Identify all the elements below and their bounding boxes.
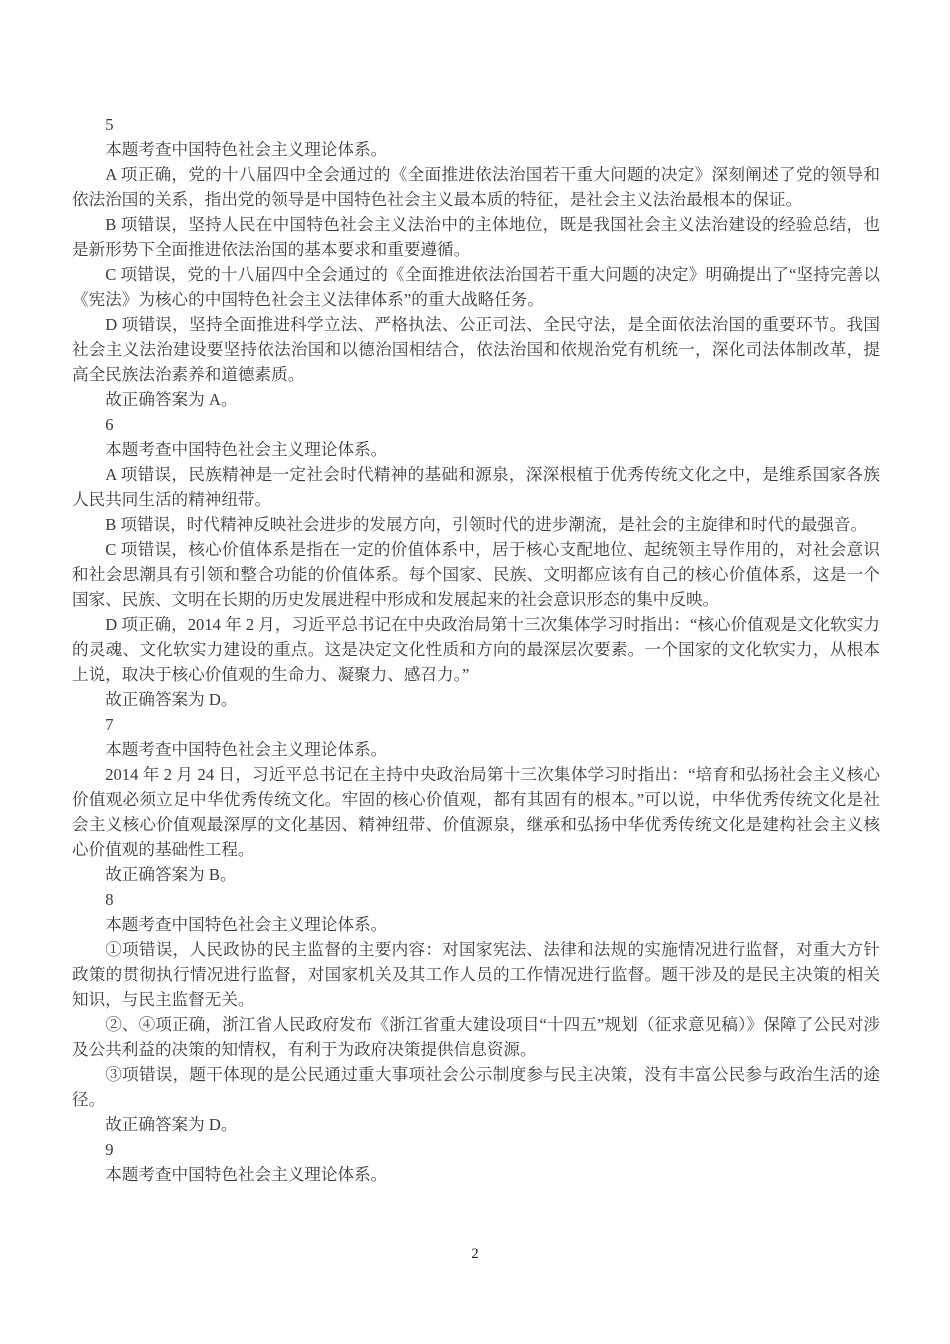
document-page: 5 本题考查中国特色社会主义理论体系。 A 项正确，党的十八届四中全会通过的《全… xyxy=(0,0,950,1344)
answer-explanation-text: 5 本题考查中国特色社会主义理论体系。 A 项正确，党的十八届四中全会通过的《全… xyxy=(72,112,880,1187)
answer-line: 故正确答案为 B。 xyxy=(72,862,880,887)
option-analysis-d: D 项正确，2014 年 2 月，习近平总书记在中央政治局第十三次集体学习时指出… xyxy=(72,612,880,687)
question-intro: 本题考查中国特色社会主义理论体系。 xyxy=(72,137,880,162)
option-analysis-b: B 项错误，时代精神反映社会进步的发展方向，引领时代的进步潮流，是社会的主旋律和… xyxy=(72,512,880,537)
option-analysis-3: ③项错误，题干体现的是公民通过重大事项社会公示制度参与民主决策，没有丰富公民参与… xyxy=(72,1062,880,1112)
option-analysis-a: A 项正确，党的十八届四中全会通过的《全面推进依法治国若干重大问题的决定》深刻阐… xyxy=(72,162,880,212)
question-number: 5 xyxy=(72,112,880,137)
question-number: 7 xyxy=(72,712,880,737)
answer-line: 故正确答案为 A。 xyxy=(72,387,880,412)
explanation-paragraph: 2014 年 2 月 24 日，习近平总书记在主持中央政治局第十三次集体学习时指… xyxy=(72,762,880,862)
page-footer: 2 xyxy=(0,1245,950,1263)
option-analysis-a: A 项错误，民族精神是一定社会时代精神的基础和源泉，深深根植于优秀传统文化之中，… xyxy=(72,462,880,512)
question-intro: 本题考查中国特色社会主义理论体系。 xyxy=(72,737,880,762)
option-analysis-c: C 项错误，党的十八届四中全会通过的《全面推进依法治国若干重大问题的决定》明确提… xyxy=(72,262,880,312)
option-analysis-b: B 项错误，坚持人民在中国特色社会主义法治中的主体地位，既是我国社会主义法治建设… xyxy=(72,212,880,262)
question-intro: 本题考查中国特色社会主义理论体系。 xyxy=(72,1162,880,1187)
option-analysis-d: D 项错误，坚持全面推进科学立法、严格执法、公正司法、全民守法，是全面依法治国的… xyxy=(72,312,880,387)
option-analysis-1: ①项错误，人民政协的民主监督的主要内容：对国家宪法、法律和法规的实施情况进行监督… xyxy=(72,937,880,1012)
question-intro: 本题考查中国特色社会主义理论体系。 xyxy=(72,912,880,937)
answer-line: 故正确答案为 D。 xyxy=(72,687,880,712)
page-number: 2 xyxy=(471,1246,478,1262)
question-number: 8 xyxy=(72,887,880,912)
question-number: 6 xyxy=(72,412,880,437)
question-intro: 本题考查中国特色社会主义理论体系。 xyxy=(72,437,880,462)
option-analysis-c: C 项错误，核心价值体系是指在一定的价值体系中，居于核心支配地位、起统领主导作用… xyxy=(72,537,880,612)
answer-line: 故正确答案为 D。 xyxy=(72,1112,880,1137)
question-number: 9 xyxy=(72,1137,880,1162)
option-analysis-2-4: ②、④项正确，浙江省人民政府发布《浙江省重大建设项目“十四五”规划（征求意见稿）… xyxy=(72,1012,880,1062)
